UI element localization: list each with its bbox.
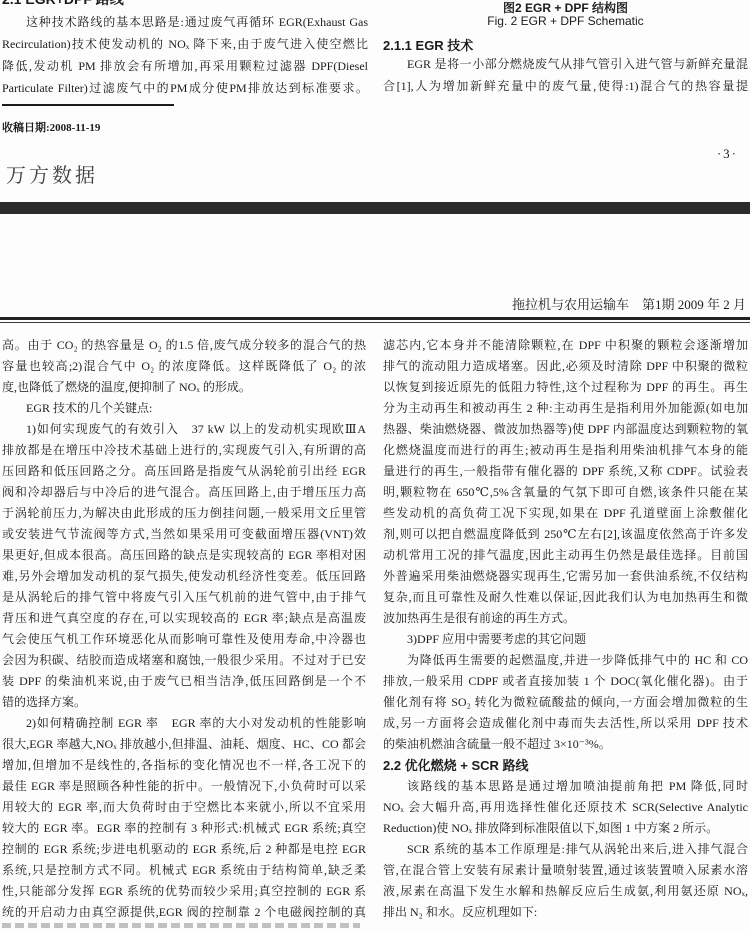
text-line: 系统,只是控制方式不同。机械式 EGR 系统由于结构简单,缺乏柔 [2,860,366,881]
text-line: 的柴油机燃油含硫量一般不超过 3×10⁻³%。 [383,734,748,755]
text-line: 高。由于 CO₂ 的热容量是 O₂ 的1.5 倍,废气成分较多的混合气的热 [2,335,366,356]
text-line: 动机常用工况的排气温度,因此主动再生仍然是最佳选择。目前国 [383,545,748,566]
text-line: 排出 N₂ 和水。反应机理如下: [383,902,748,923]
text-line: 较大的 EGR 率。EGR 率的控制有 3 种形式:机械式 EGR 系统;真空 [2,818,366,839]
section-heading-egr-dpf: 2.1 EGR+DPF 路线 [2,0,124,7]
text-line: 降低,发动机 PM 排放会有所增加,再采用颗粒过滤器 DPF(Diesel [2,55,368,77]
scanned-journal-page: 2.1 EGR+DPF 路线 这种技术路线的基本思路是:通过废气再循环 EGR(… [0,0,750,930]
text-line: 2.2 优化燃烧 + SCR 路线 [383,755,748,776]
text-line: Reduction)使 NOₓ 排放降到标准限值以下,如图 1 中方案 2 所示… [383,818,748,839]
text-line: 难,另外会增加发动机的泵气损失,使发动机经济性变差。低压回路 [2,566,366,587]
text-line: 管,在混合管上安装有尿素计量喷射装置,通过该装置喷入尿素水溶 [383,860,748,881]
text-line: 分为主动再生和被动再生 2 种:主动再生是指利用外加能源(如电加 [383,398,748,419]
text-line: 液,尿素在高温下发生水解和热解反应后生成氨,利用氨还原 NOₓ, [383,881,748,902]
text-line: EGR 技术的几个关键点: [2,398,366,419]
text-line: 化燃烧温度而进行的再生;被动再生是指利用柴油机排气本身的能 [383,440,748,461]
text-line: 错的选择方案。 [2,692,366,713]
text-line: 性,只能部分发挥 EGR 系统的优势而较少采用;真空控制的 EGR 系 [2,881,366,902]
text-line: 最佳 EGR 率是照顾各种性能的折中。一般情况下,小负荷时可以采 [2,776,366,797]
text-line: 气会使压气机工作环境恶化从而影响可靠性及使用寿命,中冷器也 [2,629,366,650]
text-line: 果更好,但成本很高。高压回路的缺点是实现较高的 EGR 率相对困 [2,545,366,566]
cut-off-text-sliver [2,923,360,928]
text-line: 成,另一方面将会造成催化剂中毒而失去活性,所以采用 DPF 技术 [383,713,748,734]
text-line: 2)如何精确控制 EGR 率 EGR 率的大小对发动机的性能影响 [2,713,366,734]
text-line: 剂,则可以把自燃温度降低到 250℃左右[2],该温度依然高于许多发 [383,524,748,545]
text-line: 或安装进气节流阀等方式,当然如果采用可变截面增压器(VNT)效 [2,524,366,545]
page1-left-paragraph: 这种技术路线的基本思路是:通过废气再循环 EGR(Exhaust GasReci… [2,11,368,99]
text-line: 会因为积碳、结胶而造成堵塞和腐蚀,一般很少采用。不过对于已安 [2,650,366,671]
page1-right-paragraph: EGR 是将一小部分燃烧废气从排气管引入进气管与新鲜充量混合[1],人为增加新鲜… [383,53,748,97]
page-number: ·3· [717,146,738,162]
text-line: 排放都是在增压中冷技术基础上进行的,实现废气引入,有所谓的高 [2,440,366,461]
text-line: 背压和进气真空度的存在,可以实现较高的 EGR 率;缺点是高温废 [2,608,366,629]
text-line: 明,颗粒物在 650℃,5%含氧量的气氛下即可自燃,该条件只能在某 [383,482,748,503]
text-line: 容量也较高;2)混合气中 O₂ 的浓度降低。这样既降低了 O₂ 的浓 [2,356,366,377]
text-line: 热器、柴油燃烧器、微波加热器等)使 DPF 内部温度达到颗粒物的氧 [383,419,748,440]
text-line: Particulate Filter)过滤废气中的PM成分使PM排放达到标准要求… [2,77,368,99]
text-line: 排放,一般采用 CDPF 或者直接加装 1 个 DOC(氧化催化器)。由于 [383,671,748,692]
text-line: 量进行的再生,一般指带有催化器的 DPF 系统,又称 CDPF。试验表 [383,461,748,482]
text-line: 为降低再生需要的起燃温度,并进一步降低排气中的 HC 和 CO [383,650,748,671]
section-heading-egr-tech: 2.1.1 EGR 技术 [383,35,473,54]
text-line: 阀和冷却器后与中冷后的进气混合。高压回路上,由于增压压力高 [2,482,366,503]
text-line: 些发动机的高负荷工况下实现,如果在 DPF 孔道壁面上涂敷催化 [383,503,748,524]
text-line: 排气的流动阻力造成堵塞。因此,必须及时清除 DPF 中积聚的微粒 [383,356,748,377]
text-line: 统的开启动力由真空源提供,EGR 阀的控制靠 2 个电磁阀控制的真 [2,902,366,923]
text-line: Recirculation)技术使发动机的 NOₓ 降下来,由于废气进入使空燃比 [2,33,368,55]
figure-caption: 图2 EGR + DPF 结构图 Fig. 2 EGR + DPF Schema… [383,2,748,28]
received-date-footnote: 收稿日期:2008-11-19 [2,119,100,135]
text-line: 压回路和低压回路之分。高压回路是指废气从涡轮前引出经 EGR [2,461,366,482]
text-line: 是从涡轮后的排气管中将废气引入压气机前的进气管中,由于排气 [2,587,366,608]
text-line: 用较大的 EGR 率,而大负荷时由于空燃比本来就小,所以不宜采用 [2,797,366,818]
text-line: 复杂,而且可靠性及耐久性难以保证,因此我们认为电加热再生和微 [383,587,748,608]
text-line: 外普遍采用柴油燃烧器实现再生,它需另加一套供油系统,不仅结构 [383,566,748,587]
figure-caption-en: Fig. 2 EGR + DPF Schematic [383,15,748,28]
text-line: 合[1],人为增加新鲜充量中的废气量,使得:1)混合气的热容量提 [383,75,748,97]
text-line: EGR 是将一小部分燃烧废气从排气管引入进气管与新鲜充量混 [383,53,748,75]
page2-left-column: 高。由于 CO₂ 的热容量是 O₂ 的1.5 倍,废气成分较多的混合气的热容量也… [2,335,366,923]
text-line: 度,也降低了燃烧的温度,便抑制了 NOₓ 的形成。 [2,377,366,398]
text-line: 装 DPF 的柴油机来说,由于废气已相当洁净,低压回路倒是一个不 [2,671,366,692]
journal-running-header: 拖拉机与农用运输车 第1期 2009 年 2 月 [512,294,746,313]
text-line: 于涡轮前压力,为解决由此形成的压力倒挂问题,一般采用文丘里管 [2,503,366,524]
text-line: 很大,EGR 率越大,NOₓ 排放越小,但排温、油耗、烟度、HC、CO 都会 [2,734,366,755]
text-line: 3)DPF 应用中需要考虑的其它问题 [383,629,748,650]
text-line: 以恢复到接近原先的低阻力特性,这个过程称为 DPF 的再生。再生 [383,377,748,398]
text-line: 这种技术路线的基本思路是:通过废气再循环 EGR(Exhaust Gas [2,11,368,33]
footnote-rule [2,104,174,106]
text-line: 控制的 EGR 系统;步进电机驱动的 EGR 系统,后 2 种都是电控 EGR [2,839,366,860]
text-line: 波加热再生是很有前途的再生方式。 [383,608,748,629]
page1-fragment: 2.1 EGR+DPF 路线 这种技术路线的基本思路是:通过废气再循环 EGR(… [0,0,750,202]
scan-gap-bar [0,202,750,214]
text-line: 1)如何实现废气的有效引入 37 kW 以上的发动机实现欧ⅢA [2,419,366,440]
text-line: 增加,但增加不是线性的,各指标的变化情况也不一样,各工况下的 [2,755,366,776]
watermark-wanfang-data: 万方数据 [6,159,98,188]
text-line: NOₓ 会大幅升高,再用选择性催化还原技术 SCR(Selective Anal… [383,797,748,818]
text-line: 催化剂有将 SO₂ 转化为微粒硫酸盐的倾向,一方面会增加微粒的生 [383,692,748,713]
text-line: 该路线的基本思路是通过增加喷油提前角把 PM 降低,同时 [383,776,748,797]
text-line: SCR 系统的基本工作原理是:排气从涡轮出来后,进入排气混合 [383,839,748,860]
page2-fragment: 拖拉机与农用运输车 第1期 2009 年 2 月 高。由于 CO₂ 的热容量是 … [0,214,750,930]
page2-right-column: 滤芯内,它本身并不能清除颗粒,在 DPF 中积聚的颗粒会逐渐增加排气的流动阻力造… [383,335,748,923]
text-line: 滤芯内,它本身并不能清除颗粒,在 DPF 中积聚的颗粒会逐渐增加 [383,335,748,356]
header-double-rule [0,317,750,323]
